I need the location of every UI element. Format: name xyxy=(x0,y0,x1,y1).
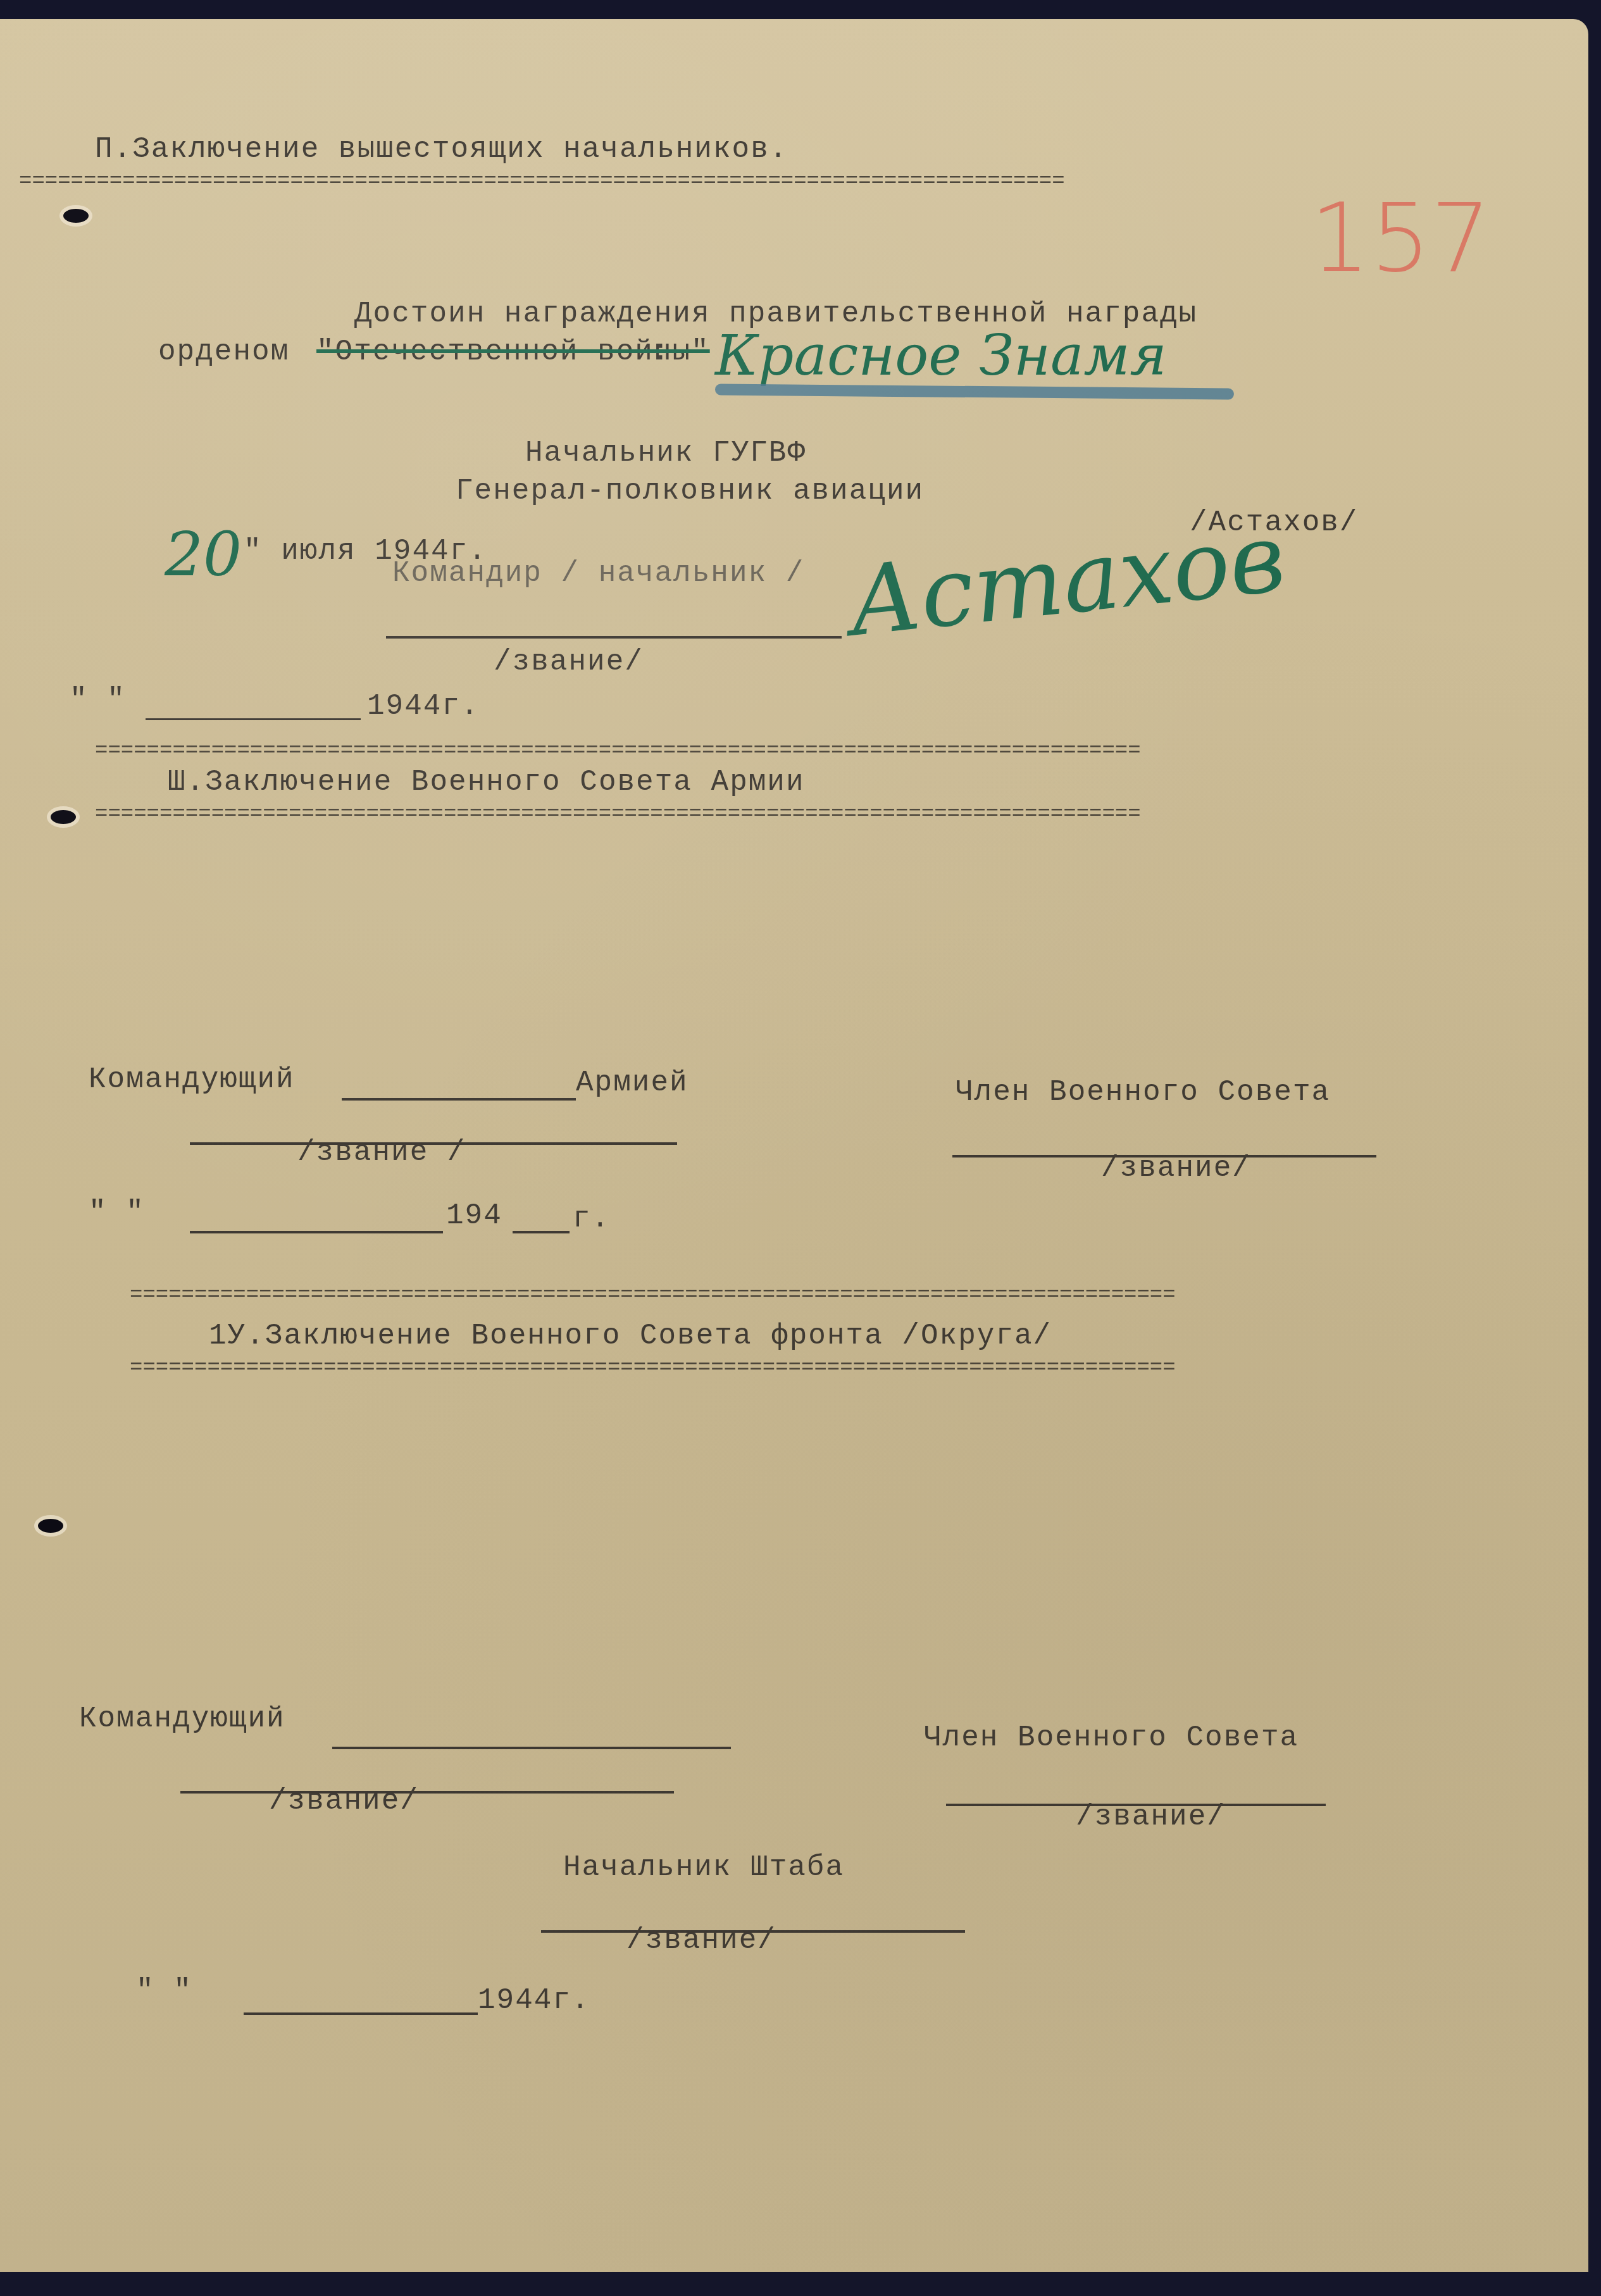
order-handwritten: Красное Знамя xyxy=(715,323,1167,388)
front-commander-label: Командующий xyxy=(79,1702,285,1735)
chief-of-staff-label: Начальник Штаба xyxy=(563,1851,844,1884)
order-struck: "Отечественной войны" xyxy=(316,335,710,368)
date-day-handwritten: 20 xyxy=(165,519,242,590)
order-colon: : xyxy=(652,335,671,368)
section4-rule-bottom: ========================================… xyxy=(130,1357,1395,1379)
front-date-quotes: " " xyxy=(136,1975,192,2007)
punch-hole-top xyxy=(63,209,89,223)
army-council-member-label: Член Военного Совета xyxy=(956,1076,1330,1109)
army-date-quotes: " " xyxy=(89,1196,145,1229)
section3-title: Ш.Заключение Военного Совета Армии xyxy=(168,766,805,799)
section3-rule-top: ========================================… xyxy=(95,740,1424,762)
signature: Астахов xyxy=(844,502,1290,658)
date-year: 1944г. xyxy=(367,690,480,723)
army-council-rank-label: /звание/ xyxy=(1101,1152,1251,1185)
front-commander-name-line xyxy=(332,1747,731,1749)
front-date-year: 1944г. xyxy=(478,1984,590,2017)
front-council-rank-label: /звание/ xyxy=(1076,1800,1226,1833)
date-blank-line xyxy=(146,718,361,720)
section3-rule-bottom: ========================================… xyxy=(95,804,1411,825)
army-date-suffix: г. xyxy=(573,1202,610,1235)
section4-rule-top: ========================================… xyxy=(130,1285,1395,1306)
sheet-number: 157 xyxy=(1310,184,1491,294)
front-commander-rank-line xyxy=(180,1791,674,1794)
chief-of-staff-rank-label: /звание/ xyxy=(626,1924,776,1957)
army-date-line xyxy=(190,1231,443,1233)
army-commander-label: Командующий xyxy=(89,1063,295,1096)
army-label: Армией xyxy=(576,1066,688,1099)
section2-title: П.Заключение вышестоящих начальников. xyxy=(95,133,788,166)
document-page: 157 П.Заключение вышестоящих начальников… xyxy=(0,19,1588,2272)
punch-hole-bottom xyxy=(38,1519,63,1533)
front-commander-rank-label: /звание/ xyxy=(269,1785,419,1818)
army-commander-rank-label: /звание / xyxy=(297,1136,466,1169)
date-blank-quotes: " " xyxy=(70,683,126,716)
commander-label: Командир / начальник / xyxy=(392,557,804,590)
front-date-line xyxy=(244,2012,478,2015)
front-council-member-label: Член Военного Совета xyxy=(924,1721,1299,1754)
rank-label: /звание/ xyxy=(494,646,644,678)
section2-rule: ========================================… xyxy=(19,171,1411,192)
section4-title: 1У.Заключение Военного Совета фронта /Ок… xyxy=(209,1320,1052,1352)
punch-hole-middle xyxy=(51,810,76,824)
chief-title: Начальник ГУГВФ xyxy=(525,437,806,470)
chief-rank: Генерал-полковник авиации xyxy=(456,475,924,508)
army-name-line xyxy=(342,1098,576,1101)
order-prefix: орденом xyxy=(158,335,289,368)
signature-line xyxy=(386,636,842,639)
army-date-year: 194 xyxy=(446,1199,502,1232)
army-date-year-line xyxy=(513,1231,570,1233)
